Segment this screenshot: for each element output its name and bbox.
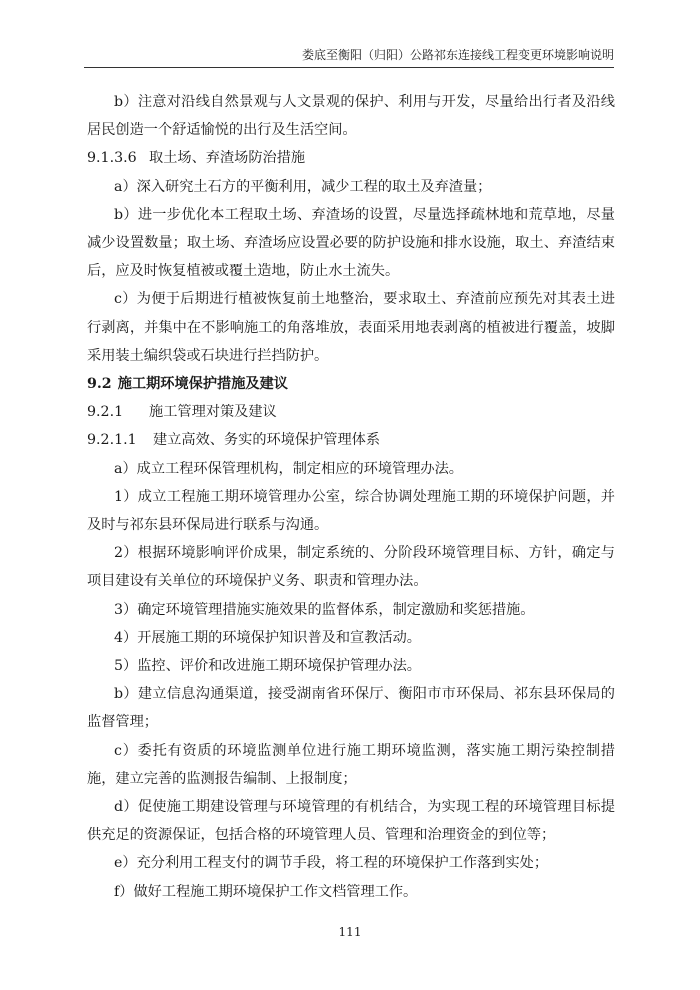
paragraph: 2）根据环境影响评价成果，制定系统的、分阶段环境管理目标、方针，确定与项目建设有… bbox=[87, 539, 615, 595]
paragraph: c）委托有资质的环境监测单位进行施工期环境监测，落实施工期污染控制措施，建立完善… bbox=[87, 737, 615, 793]
section-number: 9.2.1.1 bbox=[87, 426, 153, 454]
paragraph: 1）成立工程施工期环境管理办公室，综合协调处理施工期的环境保护问题，并及时与祁东… bbox=[87, 483, 615, 539]
paragraph: a）成立工程环保管理机构，制定相应的环境管理办法。 bbox=[87, 455, 615, 483]
paragraph: f）做好工程施工期环境保护工作文档管理工作。 bbox=[87, 878, 615, 906]
section-heading-9-1-3-6: 9.1.3.6取土场、弃渣场防治措施 bbox=[87, 144, 615, 172]
section-title: 取土场、弃渣场防治措施 bbox=[149, 150, 305, 166]
paragraph: c）为便于后期进行植被恢复前土地整治，要求取土、弃渣前应预先对其表土进行剥离，并… bbox=[87, 285, 615, 370]
page-body: b）注意对沿线自然景观与人文景观的保护、利用与开发，尽量给出行者及沿线居民创造一… bbox=[87, 88, 615, 906]
section-heading-9-2: 9.2施工期环境保护措施及建议 bbox=[87, 370, 615, 398]
paragraph: 5）监控、评价和改进施工期环境保护管理办法。 bbox=[87, 652, 615, 680]
section-title: 建立高效、务实的环境保护管理体系 bbox=[153, 432, 380, 448]
paragraph: b）注意对沿线自然景观与人文景观的保护、利用与开发，尽量给出行者及沿线居民创造一… bbox=[87, 88, 615, 144]
paragraph: 4）开展施工期的环境保护知识普及和宣教活动。 bbox=[87, 624, 615, 652]
paragraph: a）深入研究土石方的平衡利用，减少工程的取土及弃渣量； bbox=[87, 173, 615, 201]
section-number: 9.2 bbox=[87, 370, 112, 398]
running-header: 娄底至衡阳（归阳）公路祁东连接线工程变更环境影响说明 bbox=[84, 46, 614, 68]
document-title: 娄底至衡阳（归阳）公路祁东连接线工程变更环境影响说明 bbox=[302, 48, 614, 62]
paragraph: b）进一步优化本工程取土场、弃渣场的设置，尽量选择疏林地和荒草地，尽量减少设置数… bbox=[87, 201, 615, 286]
paragraph: d）促使施工期建设管理与环境管理的有机结合，为实现工程的环境管理目标提供充足的资… bbox=[87, 793, 615, 849]
page-number: 111 bbox=[0, 925, 700, 939]
section-number: 9.2.1 bbox=[87, 398, 149, 426]
section-title: 施工期环境保护措施及建议 bbox=[118, 376, 288, 392]
section-heading-9-2-1: 9.2.1施工管理对策及建议 bbox=[87, 398, 615, 426]
section-number: 9.1.3.6 bbox=[87, 144, 149, 172]
paragraph: b）建立信息沟通渠道，接受湖南省环保厅、衡阳市市环保局、祁东县环保局的监督管理； bbox=[87, 680, 615, 736]
paragraph: 3）确定环境管理措施实施效果的监督体系，制定激励和奖惩措施。 bbox=[87, 596, 615, 624]
paragraph: e）充分利用工程支付的调节手段，将工程的环境保护工作落到实处； bbox=[87, 849, 615, 877]
section-heading-9-2-1-1: 9.2.1.1建立高效、务实的环境保护管理体系 bbox=[87, 426, 615, 454]
section-title: 施工管理对策及建议 bbox=[149, 404, 277, 420]
